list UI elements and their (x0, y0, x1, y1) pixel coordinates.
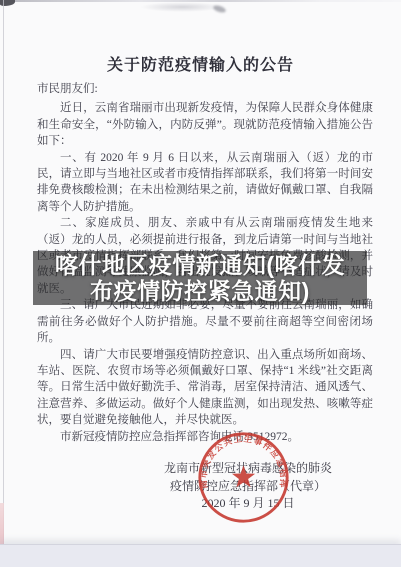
scan-artifact-left-edge (3, 0, 4, 545)
scan-artifact-pink-edge (0, 503, 4, 545)
official-seal-stamp: 龙南市突发公共卫生事件应急指挥部 (195, 429, 292, 526)
headline-overlay: 喀什地区疫情新通知(喀什发 布疫情防控紧急通知) (33, 251, 367, 305)
scan-artifact-smudge (140, 2, 224, 12)
notice-salutation: 市民朋友们: (37, 81, 373, 97)
photo-bottom-strip (0, 544, 401, 567)
notice-paragraph: 一、有 2020 年 9 月 6 日以来，从云南瑞丽入（返）龙的市民，请立即与当… (37, 150, 373, 216)
notice-paragraph: 近日，云南省瑞丽市出现新发疫情，为保障人民群众身体健康和生命安全，“外防输入，内… (37, 100, 373, 149)
headline-line1: 喀什地区疫情新通知(喀什发 (55, 252, 345, 278)
scan-artifact-smudge (212, 4, 226, 14)
headline-line2: 布疫情防控紧急通知) (90, 278, 310, 304)
notice-paragraph: 四、请广大市民要增强疫情防控意识、出入重点场所如商场、车站、医院、农贸市场等必须… (37, 347, 373, 429)
notice-photo: 关于防范疫情输入的公告 市民朋友们: 近日，云南省瑞丽市出现新发疫情，为保障人民… (0, 0, 401, 567)
notice-title: 关于防范疫情输入的公告 (0, 52, 401, 75)
seal-star-icon (232, 465, 255, 487)
